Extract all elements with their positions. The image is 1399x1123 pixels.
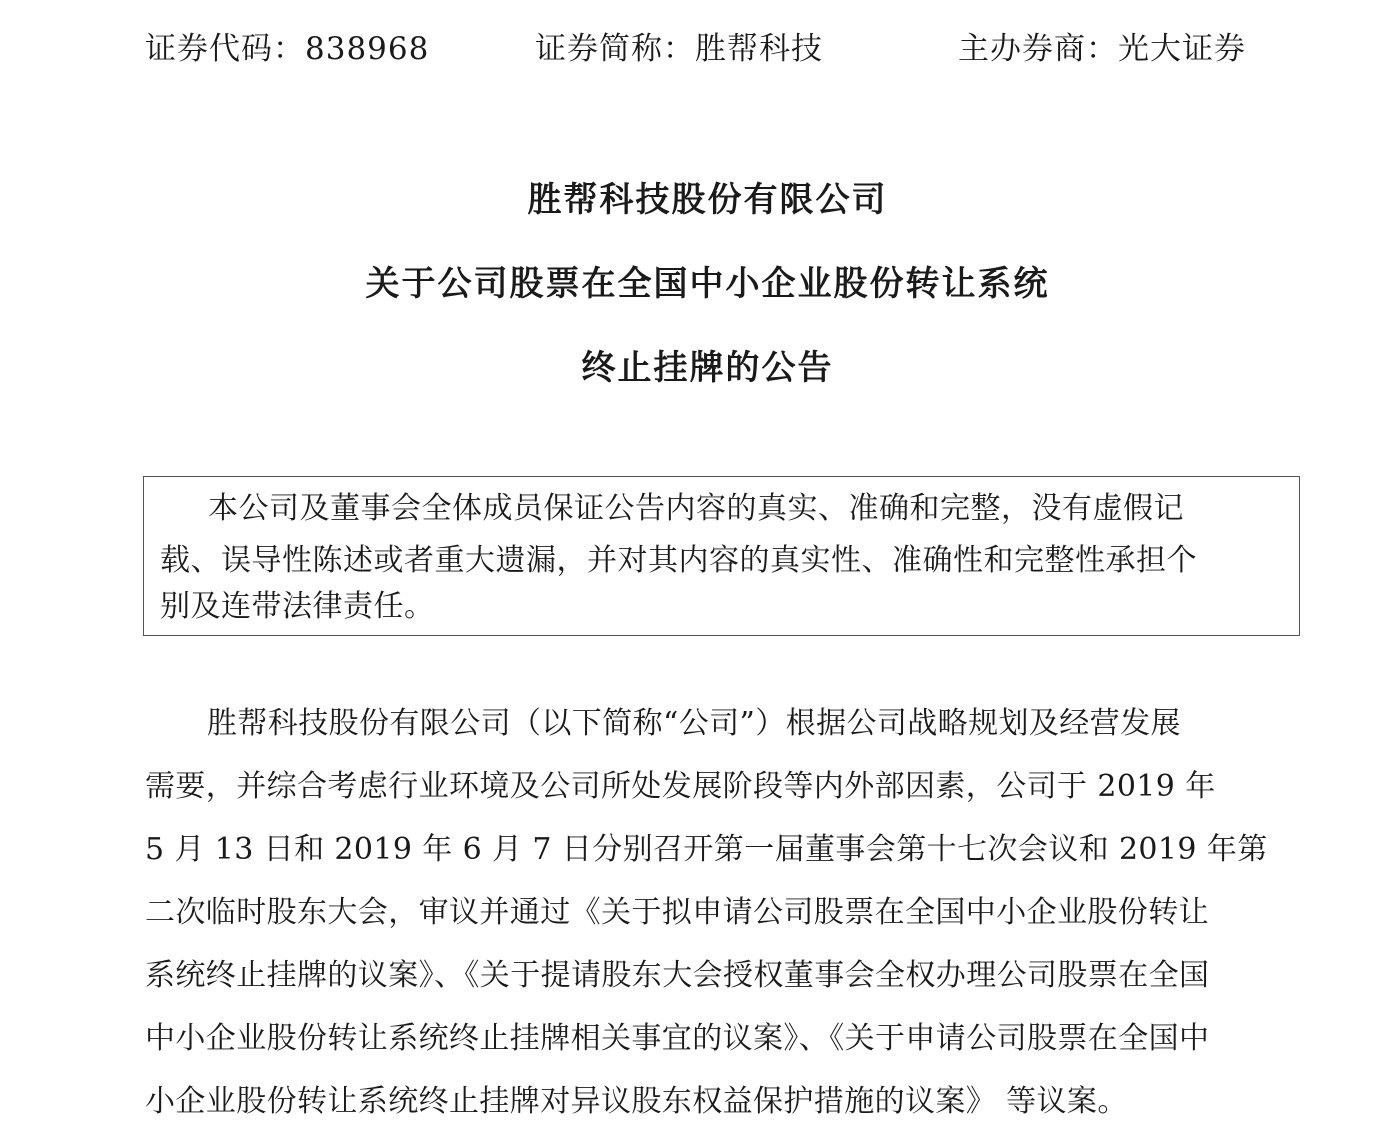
document-header: 证券代码：838968 证券简称：胜帮科技 主办券商：光大证券 [0,24,1399,74]
body-paragraph-line: 需要，并综合考虑行业环境及公司所处发展阶段等内外部因素，公司于 2019 年 [145,761,1216,805]
disclaimer-line: 本公司及董事会全体成员保证公告内容的真实、准确和完整，没有虚假记 [208,483,1184,527]
security-abbreviation: 证券简称：胜帮科技 [535,24,823,74]
body-paragraph-line: 系统终止挂牌的议案》、《关于提请股东大会授权董事会全权办理公司股票在全国 [145,950,1209,994]
lead-broker: 主办券商：光大证券 [958,24,1246,74]
body-paragraph-line: 胜帮科技股份有限公司（以下简称“公司”）根据公司战略规划及经营发展 [207,698,1181,742]
disclaimer-line: 载、误导性陈述或者重大遗漏，并对其内容的真实性、准确性和完整性承担个 [160,535,1197,579]
disclaimer-line: 别及连带法律责任。 [160,581,435,625]
announcement-title-line-2: 关于公司股票在全国中小企业股份转让系统 [8,256,1399,305]
security-code: 证券代码：838968 [145,24,429,74]
body-paragraph-line: 5 月 13 日和 2019 年 6 月 7 日分别召开第一届董事会第十七次会议… [145,824,1268,868]
announcement-title-line-3: 终止挂牌的公告 [8,340,1399,389]
disclaimer-box: 本公司及董事会全体成员保证公告内容的真实、准确和完整，没有虚假记 载、误导性陈述… [143,476,1300,636]
body-paragraph-line: 小企业股份转让系统终止挂牌对异议股东权益保护措施的议案》 等议案。 [145,1076,1128,1120]
body-paragraph-line: 中小企业股份转让系统终止挂牌相关事宜的议案》、《关于申请公司股票在全国中 [145,1013,1209,1057]
company-title: 胜帮科技股份有限公司 [8,172,1399,221]
body-paragraph-line: 二次临时股东大会，审议并通过《关于拟申请公司股票在全国中小企业股份转让 [145,887,1209,931]
